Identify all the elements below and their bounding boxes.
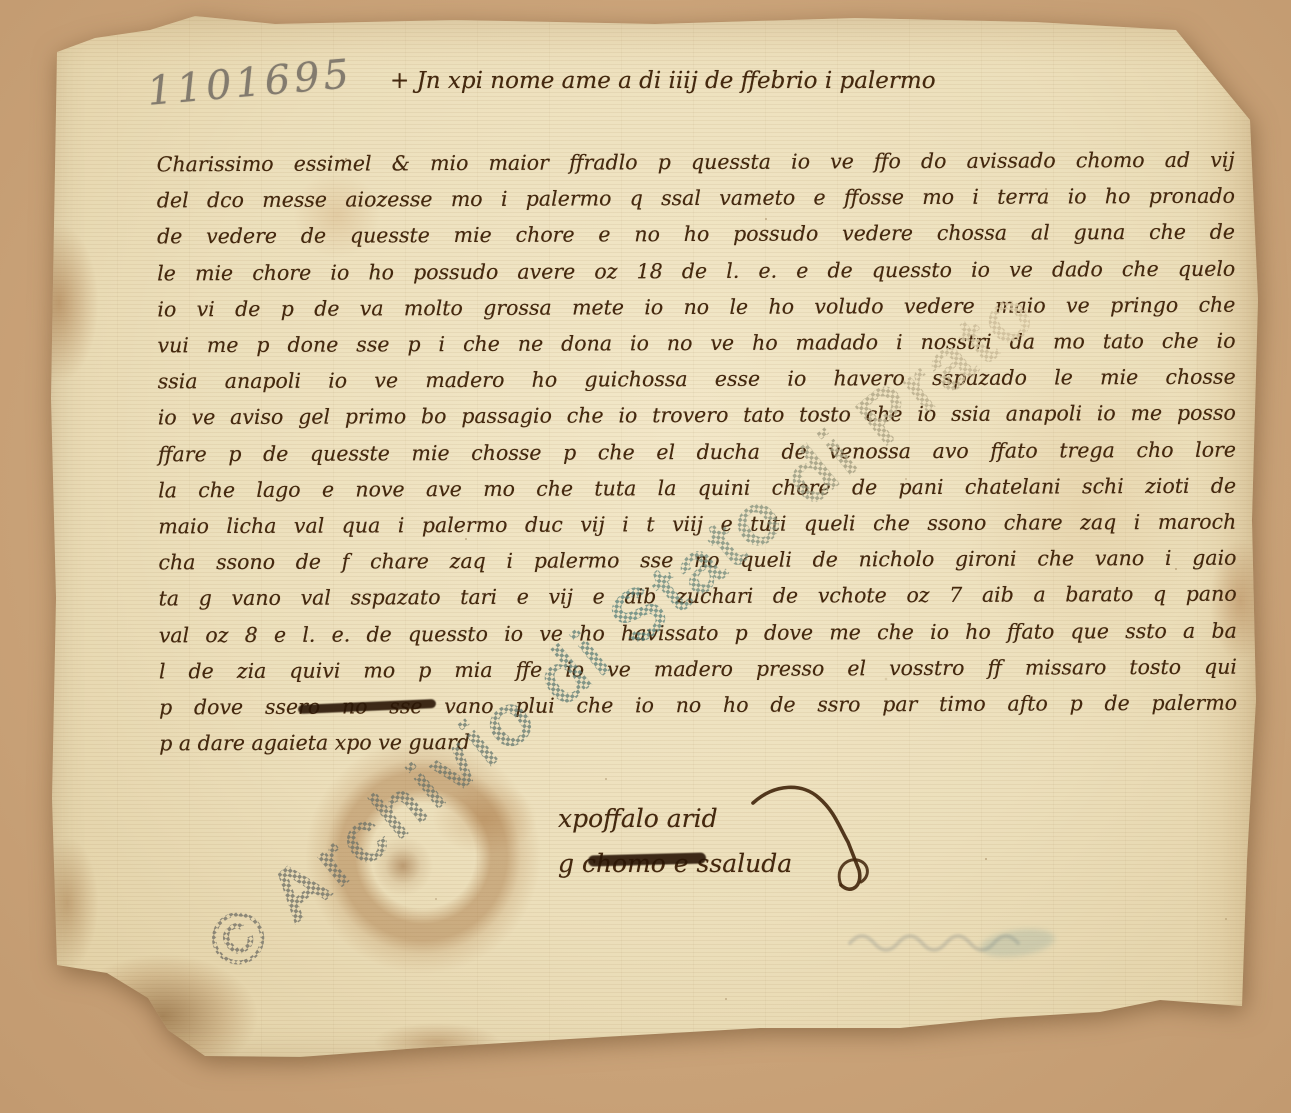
manuscript-line: de vedere de quesste mie chore e no ho p…: [157, 214, 1235, 255]
paper-shadow: 1101695 + Jn xpi nome ame a di iiij de f…: [45, 8, 1263, 1066]
manuscript-line: la che lago e nove ave mo che tuta la qu…: [158, 467, 1236, 508]
manuscript-line: ffare p de quesste mie chosse p che el d…: [158, 431, 1236, 472]
letter-heading: + Jn xpi nome ame a di iiij de ffebrio i…: [390, 68, 1030, 94]
manuscript-line: ssia anapoli io ve madero ho guichossa e…: [158, 359, 1236, 400]
manuscript-line: p a dare agaieta xpo ve guard: [159, 721, 1237, 762]
manuscript-scan: 1101695 + Jn xpi nome ame a di iiij de f…: [0, 0, 1291, 1113]
manuscript-line: Charissimo essimel & mio maior ffradlo p…: [157, 142, 1235, 183]
manuscript-paper: 1101695 + Jn xpi nome ame a di iiij de f…: [45, 8, 1263, 1066]
archive-number: 1101695: [145, 51, 354, 115]
manuscript-line: vui me p done sse p i che ne dona io no …: [157, 323, 1235, 364]
letter-body: Charissimo essimel & mio maior ffradlo p…: [157, 142, 1238, 762]
signature-line: xpoffalo arid: [558, 796, 792, 841]
manuscript-line: le mie chore io ho possudo avere oz 18 d…: [157, 250, 1235, 291]
signature-block: xpoffalo arid g chomo e ssaluda: [558, 796, 792, 886]
manuscript-line: io ve aviso gel primo bo passagio che io…: [158, 395, 1236, 436]
manuscript-line: io vi de p de va molto grossa mete io no…: [157, 286, 1235, 327]
manuscript-line: del dco messe aiozesse mo i palermo q ss…: [157, 178, 1235, 219]
manuscript-line: l de zia quivi mo p mia ffe io ve madero…: [159, 648, 1237, 689]
